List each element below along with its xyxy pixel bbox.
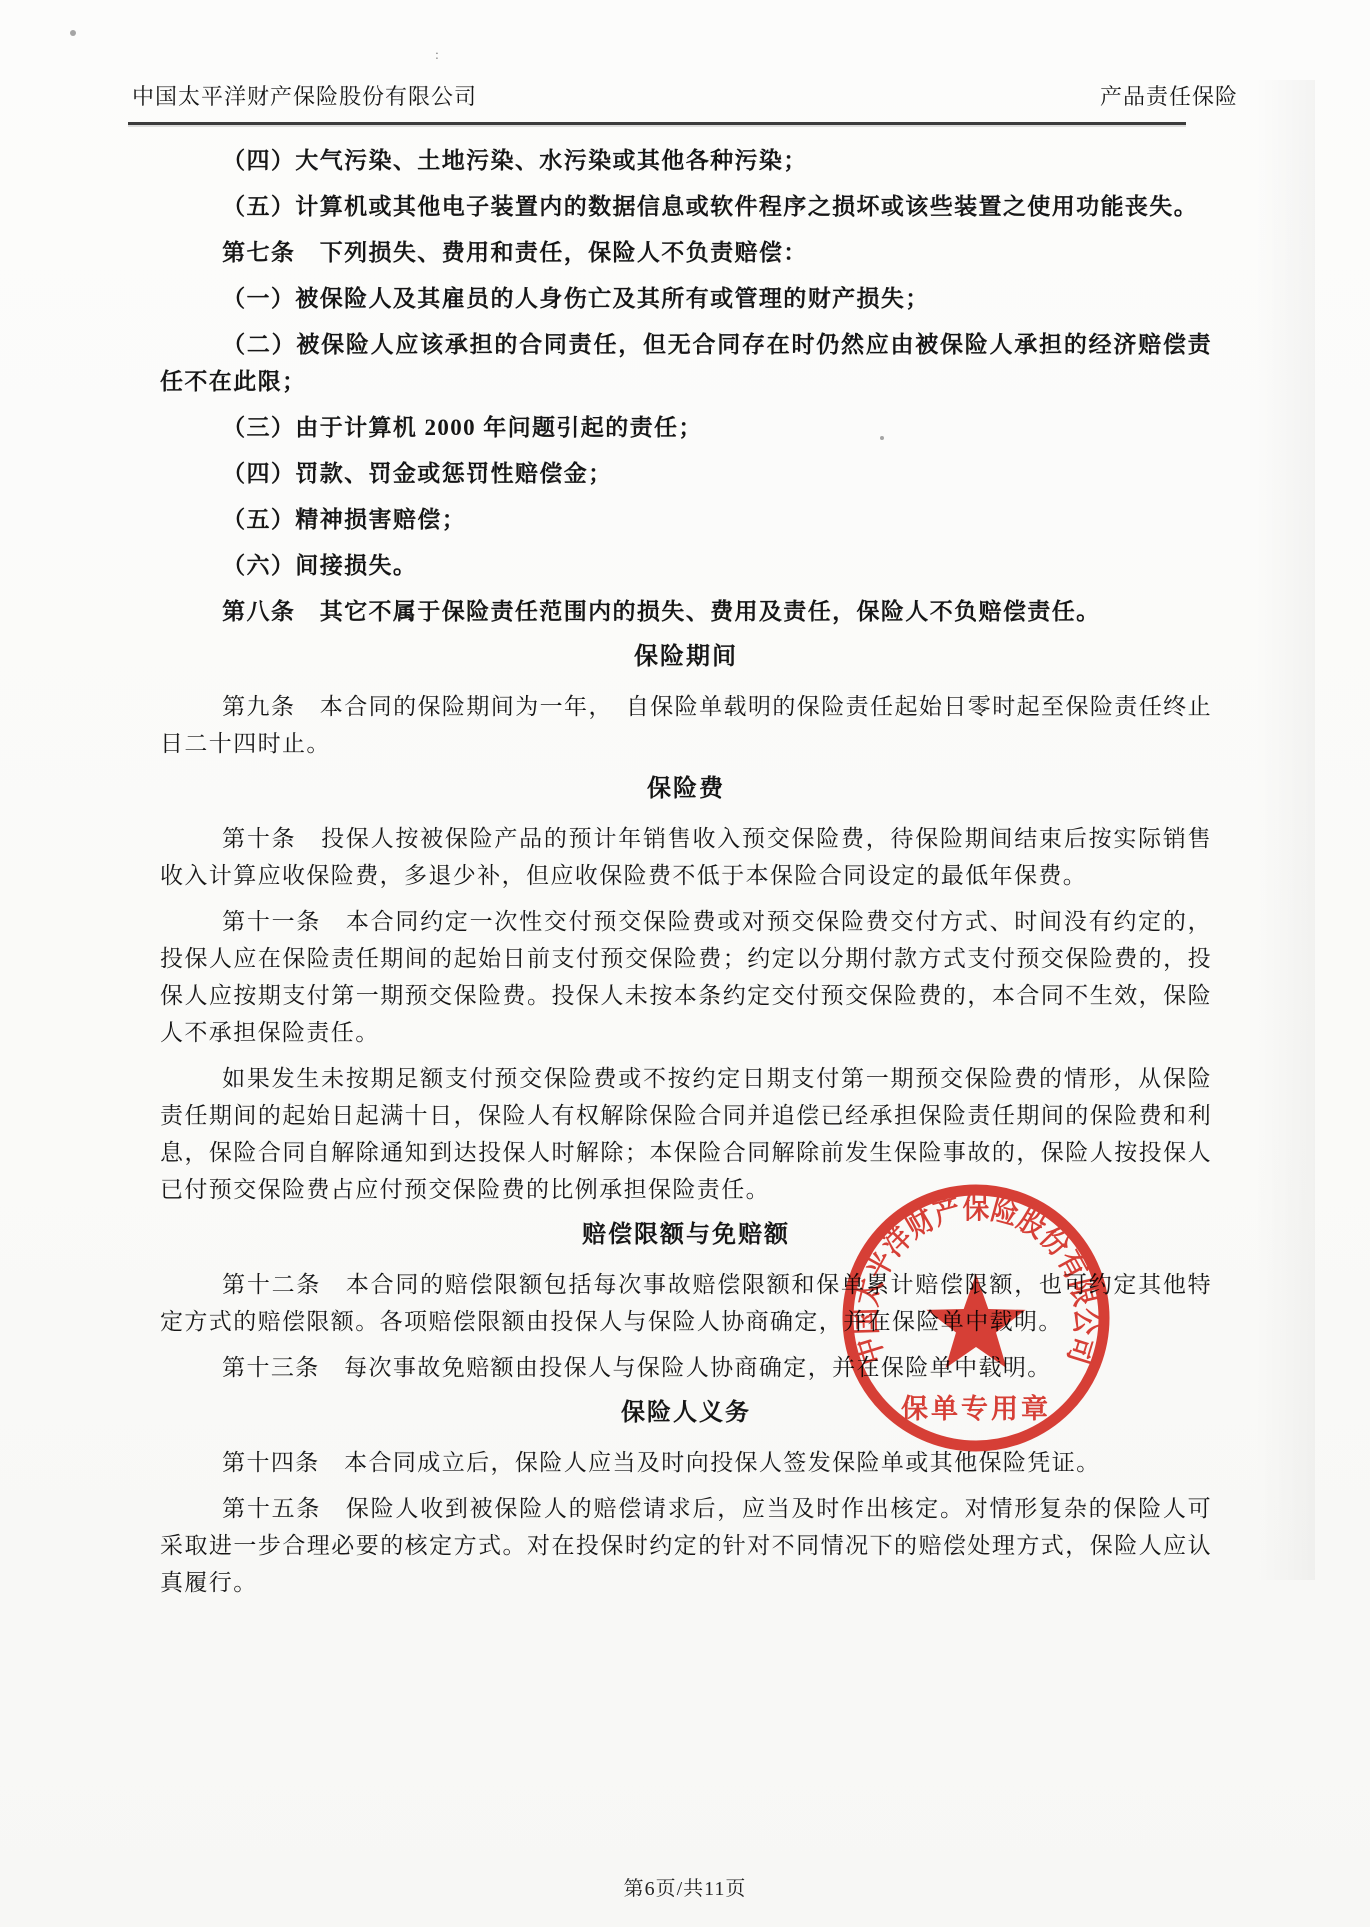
body-paragraph: 第十五条 保险人收到被保险人的赔偿请求后，应当及时作出核定。对情形复杂的保险人可… xyxy=(160,1490,1212,1601)
exclusion-item: （三）由于计算机 2000 年问题引起的责任； xyxy=(160,409,1212,446)
scan-speck xyxy=(70,30,76,36)
page-header: 中国太平洋财产保险股份有限公司 产品责任保险 xyxy=(132,80,1238,114)
body-paragraph: 第十一条 本合同约定一次性交付预交保险费或对预交保险费交付方式、时间没有约定的，… xyxy=(160,903,1212,1051)
seal-label: 保单专用章 xyxy=(901,1393,1051,1424)
company-name: 中国太平洋财产保险股份有限公司 xyxy=(132,80,477,111)
scan-edge-shadow xyxy=(1255,80,1315,1580)
exclusion-item: （五）精神损害赔偿； xyxy=(160,501,1212,538)
document-page: : 中国太平洋财产保险股份有限公司 产品责任保险 （四）大气污染、土地污染、水污… xyxy=(0,0,1370,1927)
exclusion-item: （五）计算机或其他电子装置内的数据信息或软件程序之损坏或该些装置之使用功能丧失。 xyxy=(160,188,1212,225)
product-title: 产品责任保险 xyxy=(1100,80,1238,111)
section-heading: 保险费 xyxy=(160,771,1212,808)
exclusion-item: （一）被保险人及其雇员的人身伤亡及其所有或管理的财产损失； xyxy=(160,280,1212,317)
exclusion-item: （四）大气污染、土地污染、水污染或其他各种污染； xyxy=(160,142,1212,179)
exclusion-item: （四）罚款、罚金或惩罚性赔偿金； xyxy=(160,455,1212,492)
seal-star-icon xyxy=(927,1274,1026,1368)
exclusion-item: （六）间接损失。 xyxy=(160,547,1212,584)
scan-colon-mark: : xyxy=(435,52,440,66)
article-clause: 第七条 下列损失、费用和责任，保险人不负责赔偿： xyxy=(160,234,1212,271)
header-divider xyxy=(128,122,1186,125)
body-paragraph: 第十条 投保人按被保险产品的预计年销售收入预交保险费，待保险期间结束后按实际销售… xyxy=(160,820,1212,894)
page-number: 第6页/共11页 xyxy=(0,1872,1370,1901)
exclusion-item: （二）被保险人应该承担的合同责任，但无合同存在时仍然应由被保险人承担的经济赔偿责… xyxy=(160,326,1212,400)
section-heading: 保险期间 xyxy=(160,639,1212,676)
company-seal: 中国太平洋财产保险股份有限公司 保单专用章 xyxy=(830,1172,1122,1464)
article-clause: 第八条 其它不属于保险责任范围内的损失、费用及责任，保险人不负赔偿责任。 xyxy=(160,593,1212,630)
body-paragraph: 第九条 本合同的保险期间为一年， 自保险单载明的保险责任起始日零时起至保险责任终… xyxy=(160,688,1212,762)
